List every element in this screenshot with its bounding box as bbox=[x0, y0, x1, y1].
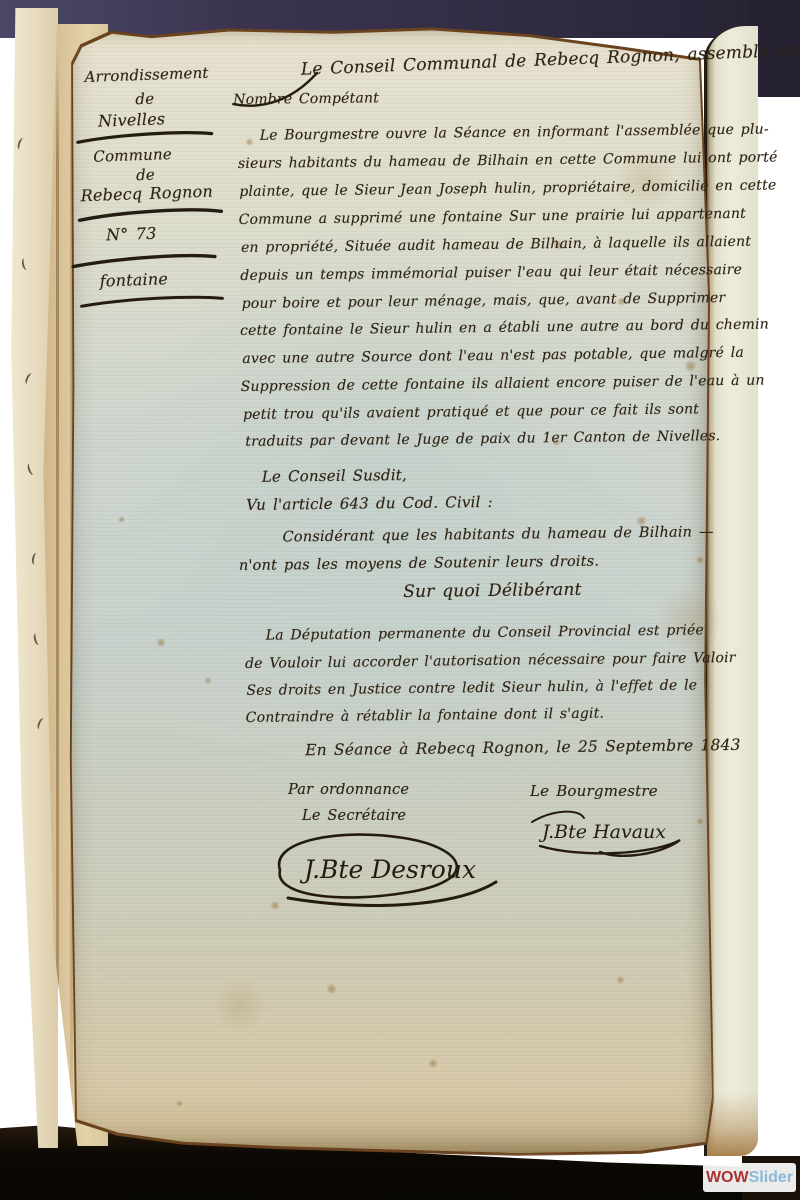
ink-fragment bbox=[16, 137, 26, 151]
ink-fragment bbox=[33, 632, 43, 645]
manuscript-photo: Arrondissement de Nivelles Commune de Re… bbox=[0, 0, 800, 1200]
foxing-spot bbox=[684, 360, 697, 372]
deliberant-heading: Sur quoi Délibérant bbox=[403, 580, 582, 602]
ink-fragment bbox=[21, 257, 30, 270]
svg-text:J.Bte Havaux: J.Bte Havaux bbox=[538, 821, 666, 843]
signature-right-title: Le Bourgmestre bbox=[530, 782, 658, 800]
margin-commune-label: Commune bbox=[93, 145, 172, 166]
paper-stain bbox=[210, 980, 270, 1030]
margin-subject: fontaine bbox=[99, 269, 168, 290]
foxing-spot bbox=[204, 677, 212, 684]
mayor-signature: J.Bte Havaux bbox=[518, 800, 703, 866]
ink-fragment bbox=[26, 462, 37, 476]
quorum-line: Nombre Compétant bbox=[233, 90, 379, 108]
signature-left-ordonnance: Par ordonnance bbox=[288, 782, 409, 798]
margin-de: de bbox=[136, 166, 156, 185]
foxing-spot bbox=[326, 984, 337, 994]
watermark-wow-text: WOW bbox=[706, 1169, 749, 1187]
watermark-slider-text: Slider bbox=[749, 1169, 793, 1187]
foxing-spot bbox=[176, 1100, 183, 1107]
margin-district: Nivelles bbox=[98, 109, 166, 130]
margin-de: de bbox=[135, 90, 155, 109]
foxing-spot bbox=[118, 516, 125, 523]
facing-page-edge bbox=[704, 26, 758, 1156]
wowslider-watermark[interactable]: WOWSlider bbox=[703, 1163, 796, 1192]
conseil-line: Le Conseil Susdit, bbox=[262, 466, 407, 486]
ink-fragment bbox=[31, 552, 40, 565]
secretary-signature: J.Bte Desroux bbox=[252, 822, 502, 912]
svg-text:J.Bte Desroux: J.Bte Desroux bbox=[299, 855, 476, 884]
ink-fragment bbox=[24, 372, 35, 386]
paper-stain bbox=[660, 580, 720, 660]
foxing-spot bbox=[696, 556, 704, 564]
foxing-spot bbox=[245, 138, 254, 146]
vu-line: Vu l'article 643 du Cod. Civil : bbox=[246, 493, 493, 514]
margin-number: N° 73 bbox=[106, 224, 157, 245]
ink-fragment bbox=[36, 717, 47, 731]
foxing-spot bbox=[156, 638, 166, 647]
foxing-spot bbox=[428, 1059, 438, 1068]
foxing-spot bbox=[616, 976, 625, 984]
